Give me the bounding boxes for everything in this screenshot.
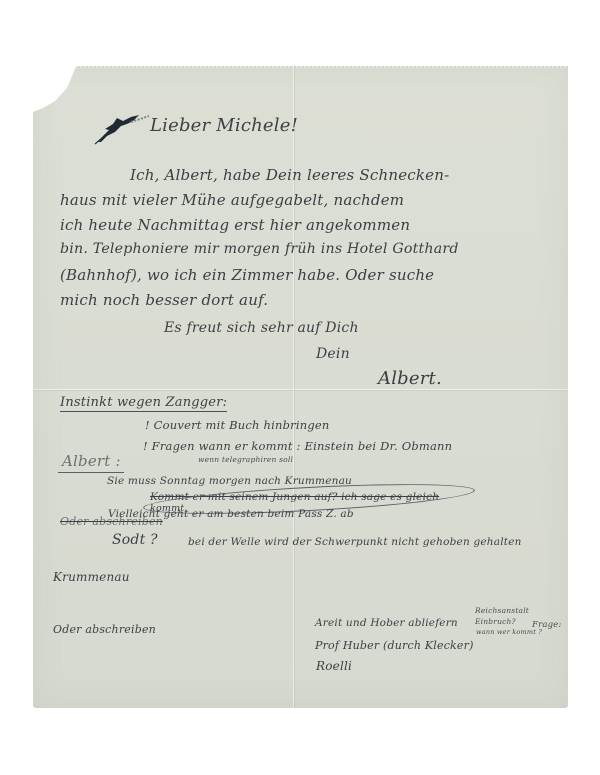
ink-blot-icon — [91, 112, 151, 146]
right-line-below: wann wer kommt ? — [476, 628, 542, 636]
body-line-5: (Bahnhof), wo ich ein Zimmer habe. Oder … — [60, 266, 434, 284]
note-welle: bei der Welle wird der Schwerpunkt nicht… — [188, 536, 522, 548]
note-abschreiben: Oder abschreiben — [53, 623, 156, 636]
right-line-2: Prof Huber (durch Klecker) — [315, 639, 474, 652]
note-krummenau: Sie muss Sonntag morgen nach Krummenau — [107, 475, 352, 487]
note-krummenau-standalone: Krummenau — [53, 570, 130, 584]
right-line-3: Roelli — [316, 659, 352, 673]
perforated-top-edge — [76, 66, 566, 68]
right-line-above: Reichsanstalt — [475, 606, 529, 615]
note-fragen: ! Fragen wann er kommt : Einstein bei Dr… — [143, 439, 452, 453]
signature: Albert. — [378, 368, 442, 389]
horizontal-fold-line — [33, 389, 568, 390]
closing-dein: Dein — [316, 346, 350, 362]
note-vielleicht: Vielleicht geht er am besten beim Pass Z… — [108, 508, 354, 520]
vertical-fold-line — [293, 66, 294, 708]
body-line-3: ich heute Nachmittag erst hier angekomme… — [60, 216, 410, 234]
right-line-1: Areit und Hober abliefern — [315, 617, 458, 629]
body-line-2: haus mit vieler Mühe aufgegabelt, nachde… — [60, 191, 404, 209]
notes-heading: Instinkt wegen Zangger: — [60, 395, 227, 412]
salutation: Lieber Michele! — [150, 115, 298, 136]
note-couvert: ! Couvert mit Buch hinbringen — [145, 418, 330, 432]
body-line-6: mich noch besser dort auf. — [60, 291, 268, 309]
right-line-mid: Einbruch? — [475, 617, 516, 626]
note-fragen-sub: wenn telegraphiren soll — [198, 455, 293, 464]
sodt-label: Sodt ? — [112, 532, 158, 548]
body-line-4: bin. Telephoniere mir morgen früh ins Ho… — [60, 241, 459, 257]
albert-underline — [58, 472, 124, 473]
closing-line: Es freut sich sehr auf Dich — [164, 320, 359, 336]
body-line-1: Ich, Albert, habe Dein leeres Schnecken- — [130, 166, 449, 184]
albert-label: Albert : — [62, 452, 121, 470]
letter-scan: Lieber Michele! Ich, Albert, habe Dein l… — [0, 0, 600, 775]
